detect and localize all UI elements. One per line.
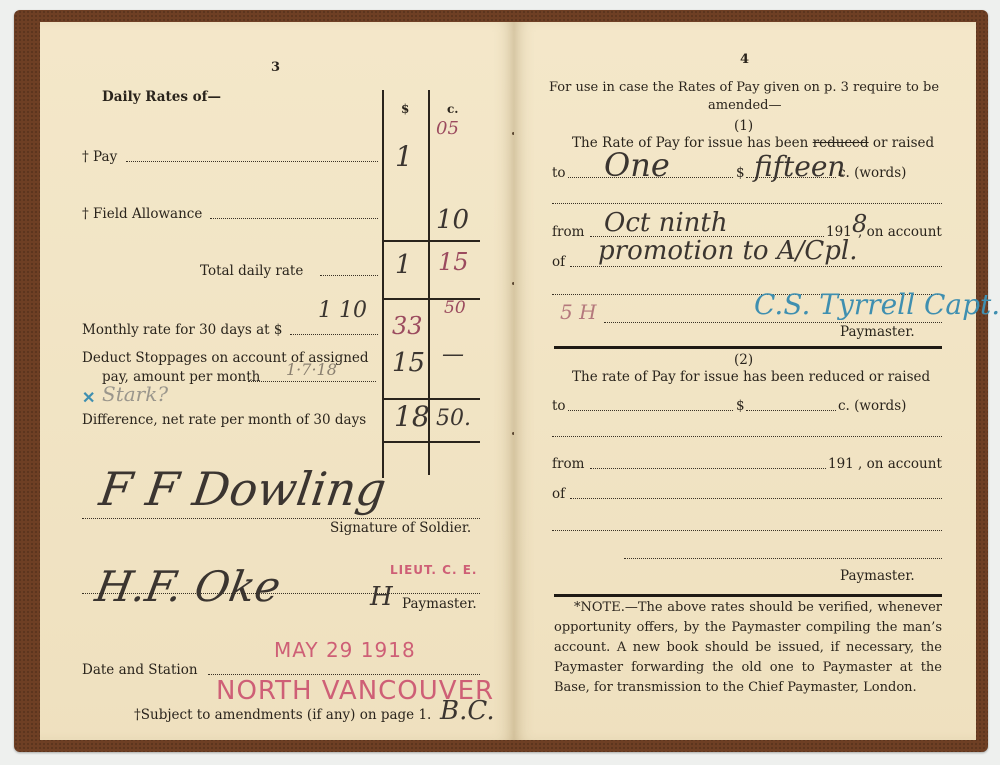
from-date-line [590,468,826,469]
section2-to-label: to [552,398,566,414]
section2-cents-label: c. (words) [838,398,906,414]
blank-line [552,436,942,437]
total-daily-dollars-value: 1 [395,250,412,280]
pay-cents-value: 05 [436,118,459,139]
pay-label: † Pay [82,149,117,165]
total-daily-cents-value: 15 [438,248,469,276]
dotted-leader [126,161,378,162]
table-rule [384,441,480,443]
intro-line2: amended— [708,98,781,113]
section1-paymaster-signature: C.S. Tyrrell Capt. [754,288,1000,321]
section1-dollar-sign: $ [736,165,745,181]
soldier-signature-label: Signature of Soldier. [330,520,471,536]
signature-line [82,593,480,594]
blank-line [552,530,942,531]
margin-marks: 5 H [560,300,597,324]
section1-dollars-words: One [604,146,670,184]
section1-from-date: Oct ninth [604,208,728,238]
monthly-rate-dollars-value: 33 [392,312,423,340]
stoppages-cents-value: — [442,342,464,367]
net-rate-label: Difference, net rate per month of 30 day… [82,412,366,428]
net-rate-cents-value: 50. [436,406,471,431]
note-paragraph: *NOTE.—The above rates should be verifie… [554,598,942,698]
monthly-rate-label: Monthly rate for 30 days at $ [82,322,282,338]
paymaster-initial: H [370,582,393,612]
page-number: 3 [271,60,280,75]
page-3: 3 Daily Rates of— $ c. † Pay 1 05 † Fiel… [40,22,514,740]
dollars-words-line [568,410,733,411]
monthly-rate-written: 1 10 [318,298,367,323]
table-rule [384,240,480,242]
section1-on-account: , on account [858,224,942,240]
section1-of-label: of [552,254,565,270]
section1-cents-words: fifteen [754,150,845,183]
date-station-line [208,674,480,675]
monthly-rate-cents-value: 50 [444,298,466,318]
section1-statement-suffix: or raised [869,135,935,151]
lieut-stamp: LIEUT. C. E. [390,563,477,577]
section1-paymaster-label: Paymaster. [840,324,915,340]
section1-from-label: from [552,224,584,240]
table-divider-left [382,90,384,478]
pay-dollars-value: 1 [395,140,413,173]
page-number: 4 [740,52,749,67]
field-allowance-cents-value: 10 [436,205,469,235]
struck-reduced: reduced [813,135,869,151]
stoppages-date-written: 1·7·18 [286,360,337,379]
section1-cents-label: c. (words) [838,165,906,181]
dotted-leader [210,218,378,219]
section2-paymaster-label: Paymaster. [840,568,915,584]
section2-from-label: from [552,456,584,472]
stoppages-dollars-value: 15 [392,348,425,378]
cents-column-header: c. [447,102,458,116]
net-rate-dollars-value: 18 [394,400,430,433]
dotted-leader [248,381,376,382]
section2-dollar-sign: $ [736,398,745,414]
total-daily-rate-label: Total daily rate [200,263,303,279]
date-stamp: MAY 29 1918 [274,638,416,662]
dotted-leader [320,275,378,276]
daily-rates-heading: Daily Rates of— [102,89,221,105]
paymaster-label: Paymaster. [402,596,477,612]
page-4: 4 For use in case the Rates of Pay given… [514,22,976,740]
section-divider [554,594,942,597]
paymaster-signature: H.F. Oke [92,562,285,611]
dotted-leader [290,334,378,335]
section1-number: (1) [734,118,753,134]
cents-words-line [746,410,836,411]
soldier-signature: F F Dowling [96,462,389,516]
blue-check-mark: ✕ [82,388,95,407]
signature-line [82,518,480,519]
reason-line [570,498,942,499]
section2-number: (2) [734,352,753,368]
section2-of-label: of [552,486,565,502]
section2-statement: The rate of Pay for issue has been reduc… [572,369,930,385]
paymaster-line [624,558,942,559]
intro-line1: For use in case the Rates of Pay given o… [549,80,939,95]
section1-reason: promotion to A/Cpl. [598,236,857,266]
field-allowance-label: † Field Allowance [82,206,202,222]
blank-line [552,203,942,204]
section-divider [554,346,942,349]
dollars-column-header: $ [401,102,409,116]
paymaster-line [604,322,942,323]
station-handwritten: B.C. [440,696,495,726]
footnote: †Subject to amendments (if any) on page … [134,707,431,723]
date-and-station-label: Date and Station [82,662,198,678]
section1-to-label: to [552,165,566,181]
section2-year-label: 191 , on account [828,456,942,472]
reason-line [570,266,942,267]
stark-annotation: Stark? [102,382,168,406]
